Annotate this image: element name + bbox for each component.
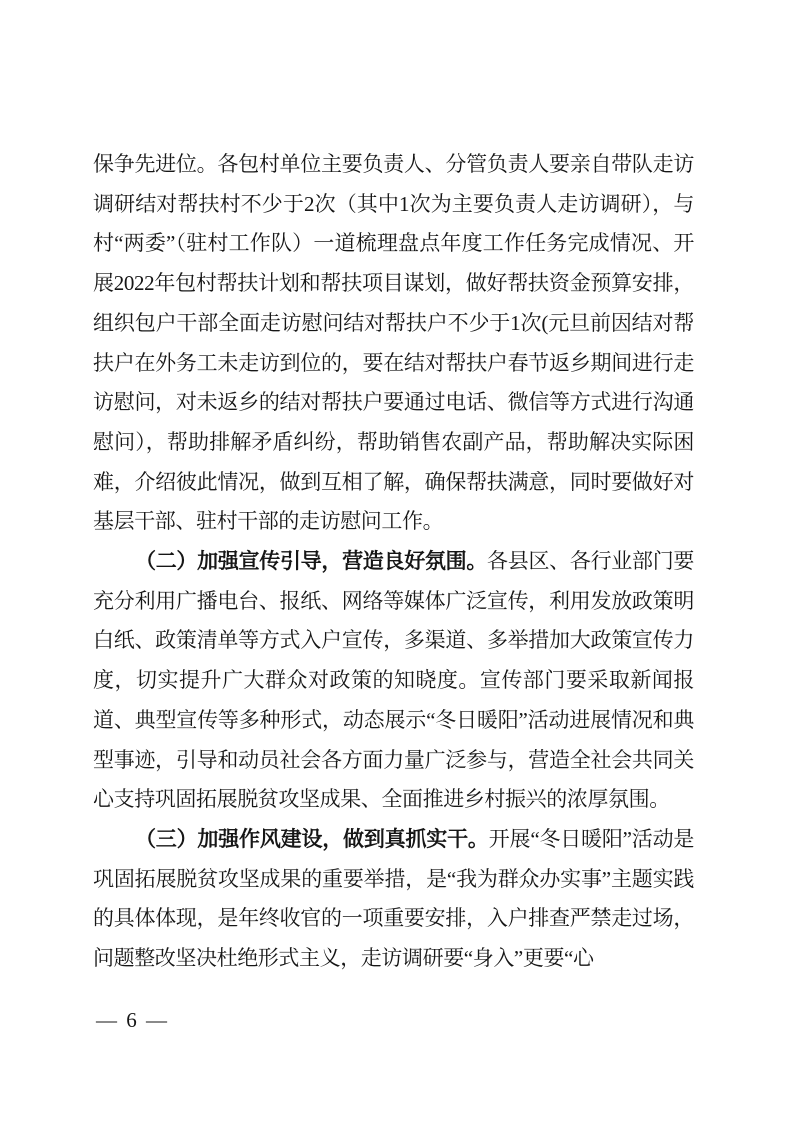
section-2-heading: （二）加强宣传引导，营造良好氛围。 <box>135 549 487 573</box>
paragraph-continuation: 保争先进位。各包村单位主要负责人、分管负责人要亲自带队走访调研结对帮扶村不少于2… <box>93 145 694 542</box>
paragraph-section-3: （三）加强作风建设，做到真抓实干。开展“冬日暖阳”活动是巩固拓展脱贫攻坚成果的重… <box>93 820 694 979</box>
paragraph-text: 保争先进位。各包村单位主要负责人、分管负责人要亲自带队走访调研结对帮扶村不少于2… <box>93 152 694 533</box>
paragraph-section-2: （二）加强宣传引导，营造良好氛围。各县区、各行业部门要充分利用广播电台、报纸、网… <box>93 542 694 820</box>
document-page: 保争先进位。各包村单位主要负责人、分管负责人要亲自带队走访调研结对帮扶村不少于2… <box>0 0 793 1122</box>
section-3-heading: （三）加强作风建设，做到真抓实干。 <box>135 827 489 851</box>
document-body: 保争先进位。各包村单位主要负责人、分管负责人要亲自带队走访调研结对帮扶村不少于2… <box>93 145 694 979</box>
paragraph-text: 各县区、各行业部门要充分利用广播电台、报纸、网络等媒体广泛宣传，利用发放政策明白… <box>93 549 694 811</box>
page-number: — 6 — <box>96 1008 169 1033</box>
